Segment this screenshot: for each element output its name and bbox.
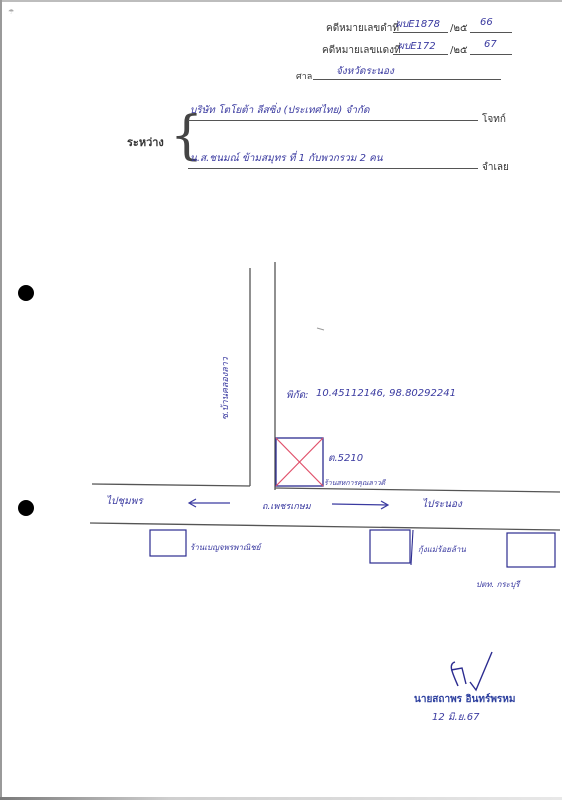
right-direction-label: ไประนอง [422, 497, 462, 512]
main-road-label: ถ.เพชรเกษม [262, 499, 311, 513]
signature-mark [451, 652, 492, 690]
arrow-right-shaft [332, 504, 387, 505]
landmark-box-2 [370, 530, 410, 563]
landmark-label-3: ปตท. กระบุรี [476, 578, 519, 591]
house-shop-label: ร้านสหการคุณลาวดี [324, 478, 385, 489]
landmark-box-1 [150, 530, 186, 556]
signature-date: 12 มิ.ย.67 [432, 710, 479, 725]
landmark-box-3 [507, 533, 555, 567]
location-map [0, 0, 562, 800]
landmark-box-2-mark [411, 530, 413, 565]
left-direction-label: ไปชุมพร [106, 494, 143, 509]
coordinates-label: พิกัด: [286, 388, 309, 403]
main-road-bottom [90, 523, 560, 530]
main-road-top-right [275, 488, 560, 492]
house-number: ต.5210 [328, 451, 363, 466]
landmark-label-2: กุ้งแม่ร้อยล้าน [418, 543, 466, 556]
stray-mark [317, 328, 324, 330]
landmark-label-1: ร้านเบญจพรพาณิชย์ [190, 541, 260, 554]
signer-name: นายสถาพร อินทร์พรหม [414, 692, 515, 707]
coordinates-value: 10.45112146, 98.80292241 [316, 388, 456, 399]
side-road-label: ซ.บ้านคลองลาว [218, 357, 232, 420]
main-road-top-left [92, 484, 250, 486]
